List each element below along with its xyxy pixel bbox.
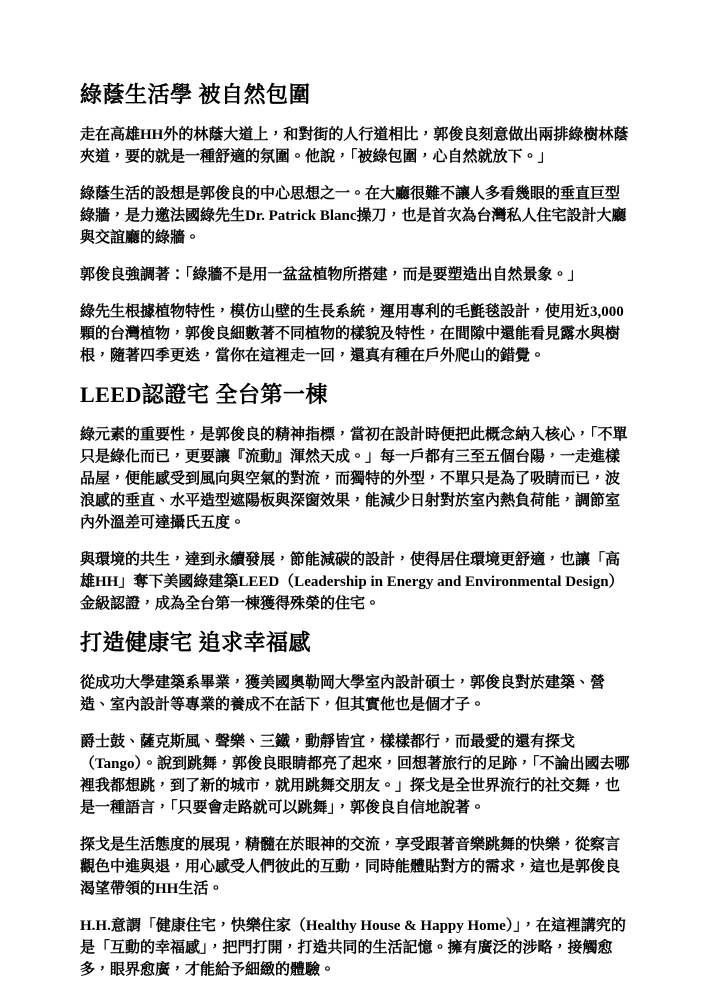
section-green-shade-living: 綠蔭生活學 被自然包圍 走在高雄HH外的林蔭大道上，和對街的人行道相比，郭俊良刻… (80, 82, 630, 367)
paragraph: 探戈是生活態度的展現，精髓在於眼神的交流，享受跟著音樂跳舞的快樂，從察言觀色中進… (80, 834, 630, 900)
section-healthy-home-happiness: 打造健康宅 追求幸福感 從成功大學建築系畢業，獲美國奧勒岡大學室內設計碩士，郭俊… (80, 630, 630, 981)
document-page: 綠蔭生活學 被自然包圍 走在高雄HH外的林蔭大道上，和對街的人行道相比，郭俊良刻… (0, 0, 707, 1000)
paragraph: 從成功大學建築系畢業，獲美國奧勒岡大學室內設計碩士，郭俊良對於建築、營造、室內設… (80, 672, 630, 716)
article: 綠蔭生活學 被自然包圍 走在高雄HH外的林蔭大道上，和對街的人行道相比，郭俊良刻… (80, 82, 630, 981)
paragraph: 綠蔭生活的設想是郭俊良的中心思想之一。在大廳很難不讓人多看幾眼的垂直巨型綠牆，是… (80, 183, 630, 249)
section-leed-certified-home: LEED認證宅 全台第一棟 綠元素的重要性，是郭俊良的精神指標，當初在設計時便把… (80, 382, 630, 615)
paragraph: 走在高雄HH外的林蔭大道上，和對街的人行道相比，郭俊良刻意做出兩排綠樹林蔭夾道，… (80, 124, 630, 168)
paragraph: 爵士鼓、薩克斯風、聲樂、三鐵，動靜皆宜，樣樣都行，而最愛的還有探戈（Tango）… (80, 731, 630, 819)
paragraph: 與環境的共生，達到永續發展，節能減碳的設計，使得居住環境更舒適，也讓「高雄HH」… (80, 549, 630, 615)
paragraph: 綠元素的重要性，是郭俊良的精神指標，當初在設計時便把此概念納入核心，「不單只是綠… (80, 424, 630, 534)
section-heading-healthy-home-happiness: 打造健康宅 追求幸福感 (80, 630, 630, 656)
paragraph: H.H.意謂「健康住宅，快樂住家（Healthy House & Happy H… (80, 915, 630, 981)
paragraph: 郭俊良強調著：「綠牆不是用一盆盆植物所搭建，而是要塑造出自然景象。」 (80, 264, 630, 286)
section-heading-leed-certified-home: LEED認證宅 全台第一棟 (80, 382, 630, 408)
section-heading-green-shade-living: 綠蔭生活學 被自然包圍 (80, 82, 630, 108)
paragraph: 綠先生根據植物特性，模仿山壁的生長系統，運用專利的毛氈毯設計，使用近3,000顆… (80, 301, 630, 367)
